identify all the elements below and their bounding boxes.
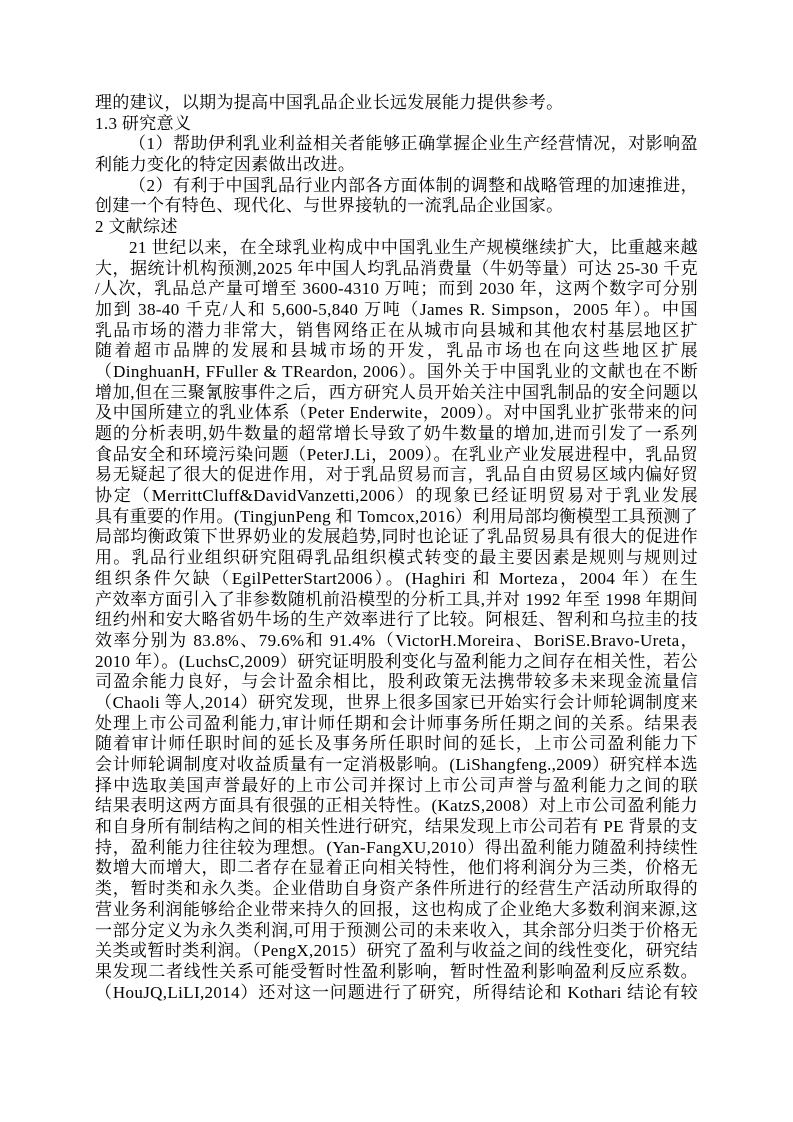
text-line: 会计师轮调制度对收益质量有一定消极影响。(LiShangfeng.,2009）研… xyxy=(95,755,698,776)
text-line: （DinghuanH, FFuller & TReardon, 2006）。国外… xyxy=(95,362,698,383)
text-line: 协定（MerrittCluff&DavidVanzetti,2006）的现象已经… xyxy=(95,486,698,507)
text-line: 具有重要的作用。(TingjunPeng 和 Tomcox,2016）利用局部均… xyxy=(95,507,698,528)
text-line: （Chaoli 等人,2014）研究发现，世界上很多国家已开始实行会计师轮调制度… xyxy=(95,693,698,714)
text-line: 乳品市场的潜力非常大，销售网络正在从城市向县城和其他农村基层地区扩展， xyxy=(95,321,698,342)
text-line: 处理上市公司盈利能力,审计师任期和会计师事务所任期之间的关系。结果表明， xyxy=(95,714,698,735)
text-line: 利能力变化的特定因素做出改进。 xyxy=(95,155,698,176)
text-line: 大，据统计机构预测,2025 年中国人均乳品消费量（牛奶等量）可达 25-30 … xyxy=(95,259,698,280)
text-line: 用。乳品行业组织研究阻碍乳品组织模式转变的最主要因素是规则与规则过严、 xyxy=(95,548,698,569)
text-line: 产效率方面引入了非参数随机前沿模型的分析工具,并对 1992 年至 1998 年… xyxy=(95,590,698,611)
text-line: 数增大而增大，即二者存在显着正向相关特性，他们将利润分为三类，价格无关 xyxy=(95,858,698,879)
text-line: 果发现二者线性关系可能受暂时性盈利影响，暂时性盈利影响盈利反应系数。 xyxy=(95,962,698,983)
text-line: 易无疑起了很大的促进作用，对于乳品贸易而言，乳品自由贸易区域内偏好贸易 xyxy=(95,465,698,486)
text-line: 随着审计师任职时间的延长及事务所任职时间的延长，上市公司盈利能力下降， xyxy=(95,734,698,755)
text-line: 理的建议，以期为提高中国乳品企业长远发展能力提供参考。 xyxy=(95,93,698,114)
text-line: 题的分析表明,奶牛数量的超常增长导致了奶牛数量的增加,进而引发了一系列 xyxy=(95,424,698,445)
text-line: 食品安全和环境污染问题（PeterJ.Li，2009）。在乳业产业发展进程中，乳… xyxy=(95,445,698,466)
text-line: 增加,但在三聚氰胺事件之后，西方研究人员开始关注中国乳制品的安全问题以 xyxy=(95,383,698,404)
text-line: 效率分别为 83.8%、79.6%和 91.4%（VictorH.Moreira… xyxy=(95,631,698,652)
text-line: 2010 年）。(LuchsC,2009）研究证明股利变化与盈利能力之间存在相关… xyxy=(95,652,698,673)
text-line: 加到 38-40 千克/人和 5,600-5,840 万吨（James R. S… xyxy=(95,300,698,321)
text-line: 局部均衡政策下世界奶业的发展趋势,同时也论证了乳品贸易具有很大的促进作 xyxy=(95,527,698,548)
text-line: 关类或暂时类利润。（PengX,2015）研究了盈利与收益之间的线性变化，研究结 xyxy=(95,941,698,962)
text-line: 和自身所有制结构之间的相关性进行研究，结果发现上市公司若有 PE 背景的支 xyxy=(95,817,698,838)
text-line: 一部分定义为永久类利润,可用于预测公司的未来收入，其余部分归类于价格无 xyxy=(95,921,698,942)
text-line: /人次，乳品总产量可增至 3600-4310 万吨；而到 2030 年，这两个数… xyxy=(95,279,698,300)
text-line: 创建一个有特色、现代化、与世界接轨的一流乳品企业国家。 xyxy=(95,196,698,217)
text-line: 随着超市品牌的发展和县城市场的开发，乳品市场也在向这些地区扩展 xyxy=(95,341,698,362)
text-line: 纽约州和安大略省奶牛场的生产效率进行了比较。阿根廷、智利和乌拉圭的技术 xyxy=(95,610,698,631)
text-line: 21 世纪以来，在全球乳业构成中中国乳业生产规模继续扩大，比重越来越 xyxy=(95,238,698,259)
text-line: 及中国所建立的乳业体系（Peter Enderwite，2009）。对中国乳业扩… xyxy=(95,403,698,424)
section-heading-1-3: 1.3 研究意义 xyxy=(95,114,698,135)
section-heading-2: 2 文献综述 xyxy=(95,217,698,238)
text-line: （2）有利于中国乳品行业内部各方面体制的调整和战略管理的加速推进， xyxy=(95,176,698,197)
text-line: （HouJQ,LiLI,2014）还对这一问题进行了研究，所得结论和 Kotha… xyxy=(95,983,698,1004)
text-line: 结果表明这两方面具有很强的正相关特性。(KatzS,2008）对上市公司盈利能力 xyxy=(95,796,698,817)
text-line: 组织条件欠缺（EgilPetterStart2006）。(Haghiri 和 M… xyxy=(95,569,698,590)
text-line: 司盈余能力良好，与会计盈余相比，股利政策无法携带较多未来现金流量信息。 xyxy=(95,672,698,693)
text-line: （1）帮助伊利乳业利益相关者能够正确掌握企业生产经营情况，对影响盈 xyxy=(95,134,698,155)
text-line: 类，暂时类和永久类。企业借助自身资产条件所进行的经营生产活动所取得的主 xyxy=(95,879,698,900)
document-page: 理的建议，以期为提高中国乳品企业长远发展能力提供参考。 1.3 研究意义 （1）… xyxy=(0,0,793,1122)
text-line: 择中选取美国声誉最好的上市公司并探讨上市公司声誉与盈利能力之间的联系， xyxy=(95,776,698,797)
text-line: 持，盈利能力往往较为理想。(Yan-FangXU,2010）得出盈利能力随盈利持… xyxy=(95,838,698,859)
text-line: 营业务利润能够给企业带来持久的回报，这也构成了企业绝大多数利润来源,这 xyxy=(95,900,698,921)
